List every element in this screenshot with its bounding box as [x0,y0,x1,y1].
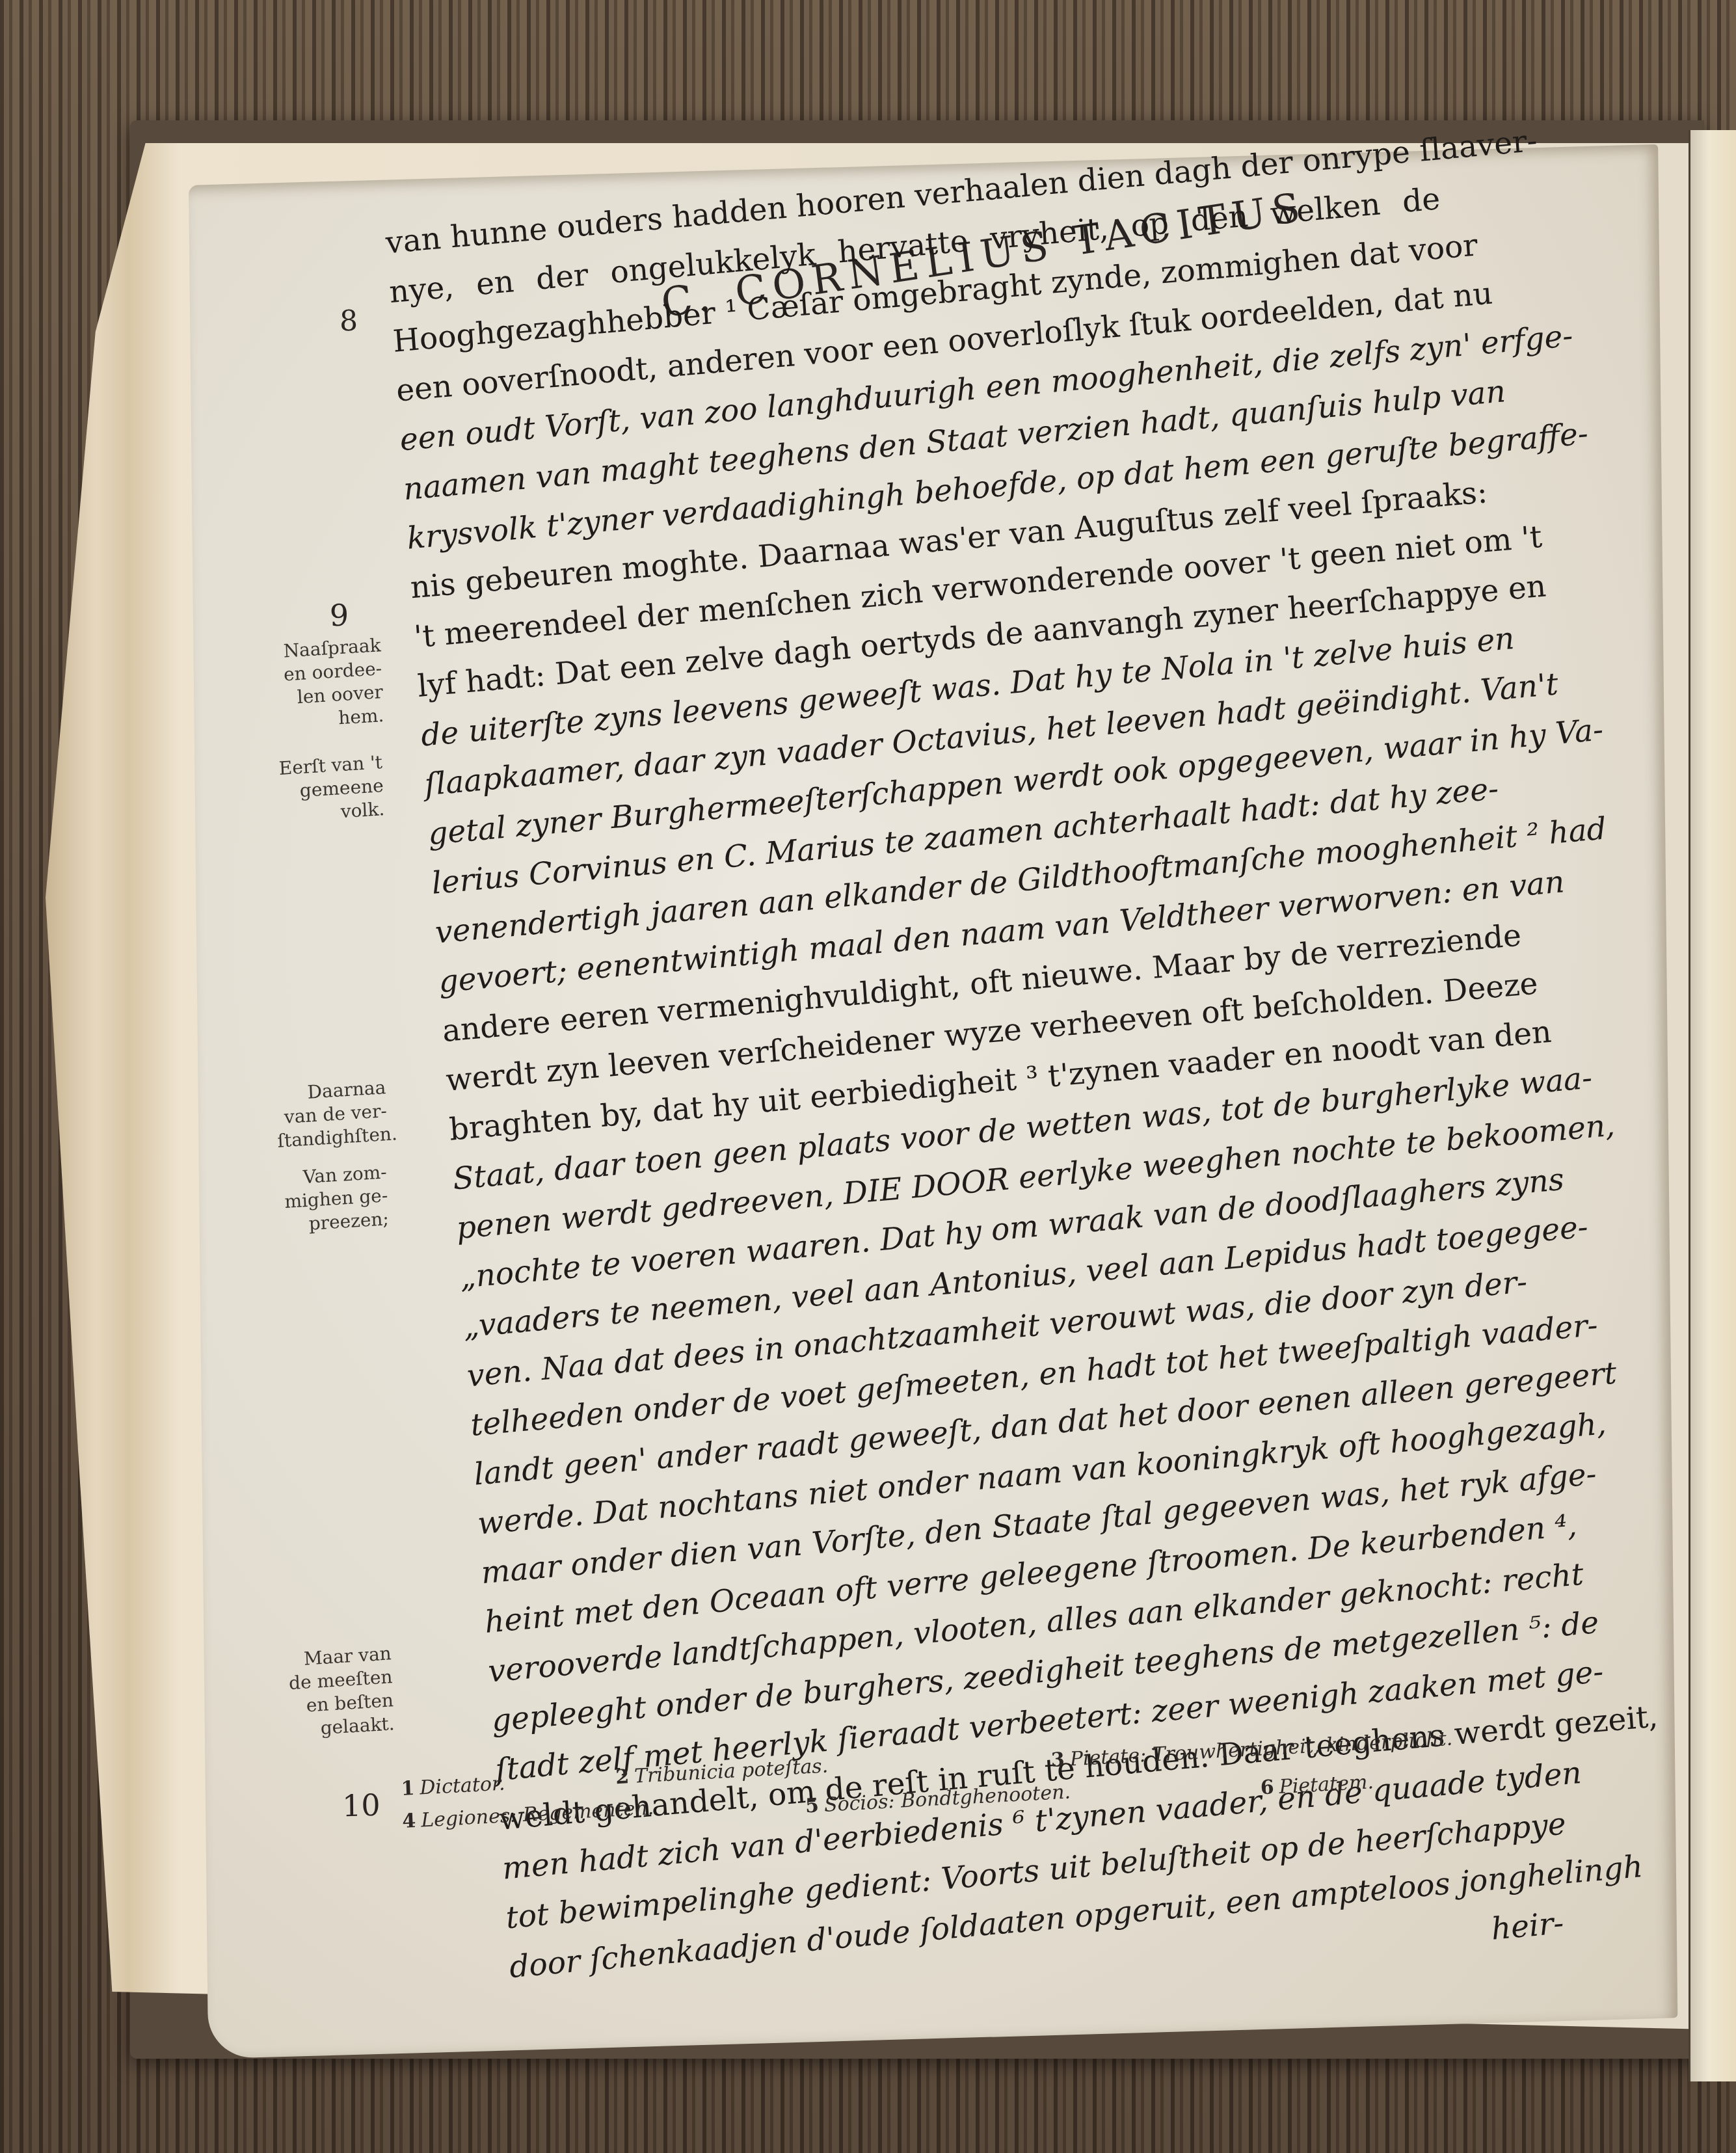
margin-note: Eerſt van 't gemeene volk. [271,751,385,828]
footnote: 1Dictator. [401,1769,505,1804]
page-number: 8 [340,304,358,338]
margin-note: Naaſpraak en oordee-len oover hem. [270,634,384,734]
section-number: 10 [342,1787,381,1824]
margin-note: Maar van de meeſten en beſten gelaakt. [280,1642,395,1742]
section-number: 9 [330,597,349,633]
facing-page-edge [1689,130,1736,2081]
book-page: C. CORNELIUS TACITUS 8 van hunne ouders … [189,144,1677,2059]
margin-note: Daarnaa van de ver-ſtandighſten. [275,1076,389,1153]
footnote: 6Pietatem. [1260,1768,1374,1802]
margin-note: Van zom-mighen ge-preezen; [276,1160,390,1238]
